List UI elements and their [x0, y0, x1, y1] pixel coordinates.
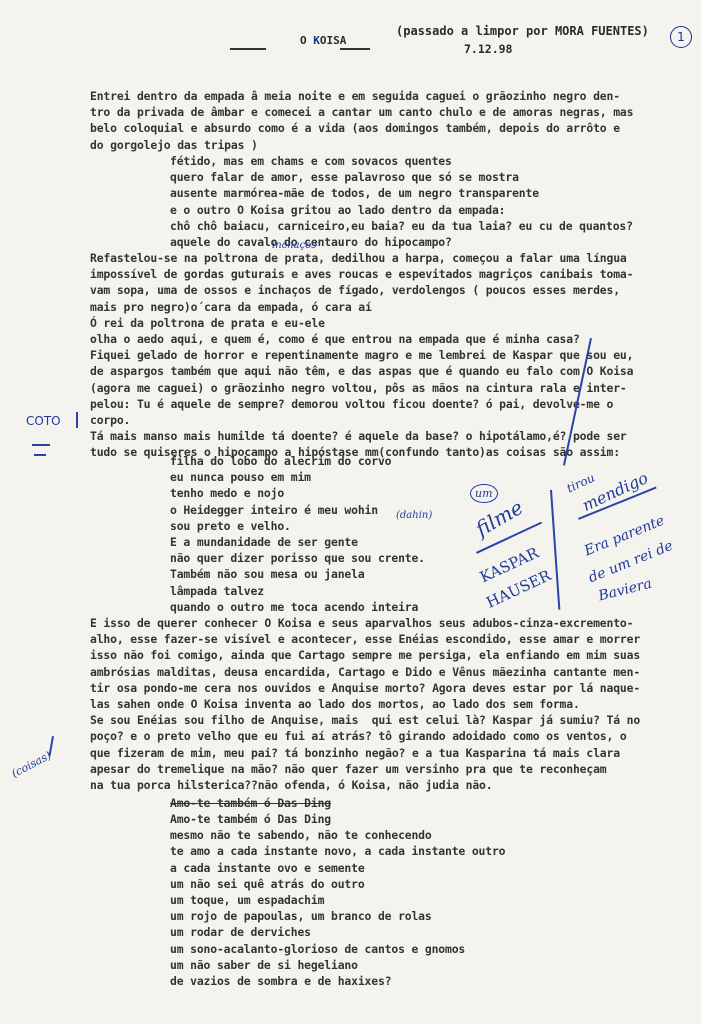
prose-line: (agora me caguei) o grãozinho negro volt…	[90, 381, 627, 395]
document-page: O KOISA (passado a limpor por MORA FUENT…	[0, 0, 701, 1024]
verse-line: E a mundanidade de ser gente	[170, 535, 358, 549]
annotation-divider	[550, 490, 560, 610]
prose-line: de aspargos também que aqui não têm, e d…	[90, 364, 633, 378]
verse-line: um não sei quê atrás do outro	[170, 877, 365, 891]
verse-line: eu nunca pouso em mim	[170, 470, 311, 484]
prose-line: do gorgolejo das tripas )	[90, 138, 258, 152]
verse-line: quero falar de amor, esse palavroso que …	[170, 170, 519, 184]
prose-line: corpo.	[90, 413, 130, 427]
prose-line: na tua porca hilsterica??não ofenda, ó K…	[90, 778, 492, 792]
verse-line: um não saber de si hegeliano	[170, 958, 358, 972]
title-rule-right	[340, 48, 370, 50]
prose-line: Tá mais manso mais humilde tá doente? é …	[90, 429, 627, 443]
prose-line: Entrei dentro da empada â meia noite e e…	[90, 89, 620, 103]
verse-line: mesmo não te sabendo, não te conhecendo	[170, 828, 432, 842]
handwritten-dahin: (dahin)	[396, 510, 432, 521]
verse-line: e o outro O Koisa gritou ao lado dentro …	[170, 203, 505, 217]
verse-line: não quer dizer porisso que sou crente.	[170, 551, 425, 565]
prose-line: las sahen onde O Koisa inventa ao lado d…	[90, 697, 580, 711]
verse-line: o Heidegger inteiro é meu wohin	[170, 503, 378, 517]
margin-mark	[76, 412, 78, 428]
prose-line: tir osa pondo-me cera nos ouvidos e Anqu…	[90, 681, 640, 695]
prose-line: Refastelou-se na poltrona de prata, dedi…	[90, 251, 627, 265]
handwritten-inchacos: inchaços	[272, 240, 316, 251]
margin-dash-1	[32, 444, 50, 446]
verse-line: lâmpada talvez	[170, 584, 264, 598]
prose-line: apesar do tremelique na mão? não quer fa…	[90, 762, 607, 776]
prose-line: alho, esse fazer-se visível e acontecer,…	[90, 632, 640, 646]
verse-line: a cada instante ovo e semente	[170, 861, 365, 875]
verse-line: ausente marmórea-mãe de todos, de um neg…	[170, 186, 539, 200]
title-rule-left	[230, 48, 266, 50]
prose-line: isso não foi comigo, ainda que Cartago s…	[90, 648, 640, 662]
handwritten-margin-coisas: (coisas)	[9, 749, 53, 781]
verse-line: fétido, mas em chams e com sovacos quent…	[170, 154, 452, 168]
prose-line: Se sou Enéias sou filho de Anquise, mais…	[90, 713, 640, 727]
verse-line: tenho medo e nojo	[170, 486, 284, 500]
verse-line: chô chô baiacu, carniceiro,eu baia? eu d…	[170, 219, 633, 233]
prose-line: Fiquei gelado de horror e repentinamente…	[90, 348, 633, 362]
prose-line: pelou: Tu é aquele de sempre? demorou vo…	[90, 397, 613, 411]
margin-coisas-line	[49, 736, 54, 756]
prose-line: que fizeram de mim, meu pai? tá bonzinho…	[90, 746, 620, 760]
prose-line: Ó rei da poltrona de prata e eu-ele	[90, 316, 325, 330]
verse-line: um rojo de papoulas, um branco de rolas	[170, 909, 432, 923]
struck-verse-line: Amo-te também ó Das Ding	[170, 796, 331, 810]
prose-line: tro da privada de âmbar e comecei a cant…	[90, 105, 633, 119]
verse-line: um rodar de derviches	[170, 925, 311, 939]
handwritten-um-circled: um	[470, 484, 498, 503]
verse-line: um toque, um espadachim	[170, 893, 324, 907]
verse-line: quando o outro me toca acendo inteira	[170, 600, 418, 614]
margin-dash-2	[34, 454, 46, 456]
prose-line: E isso de querer conhecer O Koisa e seus…	[90, 616, 633, 630]
verse-line: te amo a cada instante novo, a cada inst…	[170, 844, 505, 858]
page-number-circled: 1	[670, 26, 692, 48]
verse-line: de vazios de sombra e de haxixes?	[170, 974, 391, 988]
transcription-note: (passado a limpor por MORA FUENTES)	[396, 24, 649, 38]
verse-line: Também não sou mesa ou janela	[170, 567, 365, 581]
verse-line: sou preto e velho.	[170, 519, 291, 533]
verse-line: um sono-acalanto-glorioso de cantos e gn…	[170, 942, 465, 956]
handwritten-margin-coto: COTO	[26, 414, 61, 428]
page-title: O KOISA	[300, 34, 346, 47]
prose-line: olha o aedo aqui, e quem é, como é que e…	[90, 332, 580, 346]
prose-line: ambrósias malditas, deusa encardida, Car…	[90, 665, 640, 679]
verse-line: Amo-te também ó Das Ding	[170, 812, 331, 826]
verse-line: filha do lobo do alecrim do corvo	[170, 454, 391, 468]
prose-line: mais pro negro)o´cara da empada, ó cara …	[90, 300, 372, 314]
prose-line: belo coloquial e absurdo como é a vida (…	[90, 121, 620, 135]
prose-line: vam sopa, uma de ossos e inchaços de fíg…	[90, 283, 620, 297]
prose-line: impossível de gordas guturais e aves rou…	[90, 267, 633, 281]
prose-line: poço? e o preto velho que eu fui aí atrá…	[90, 729, 627, 743]
date: 7.12.98	[464, 42, 512, 56]
